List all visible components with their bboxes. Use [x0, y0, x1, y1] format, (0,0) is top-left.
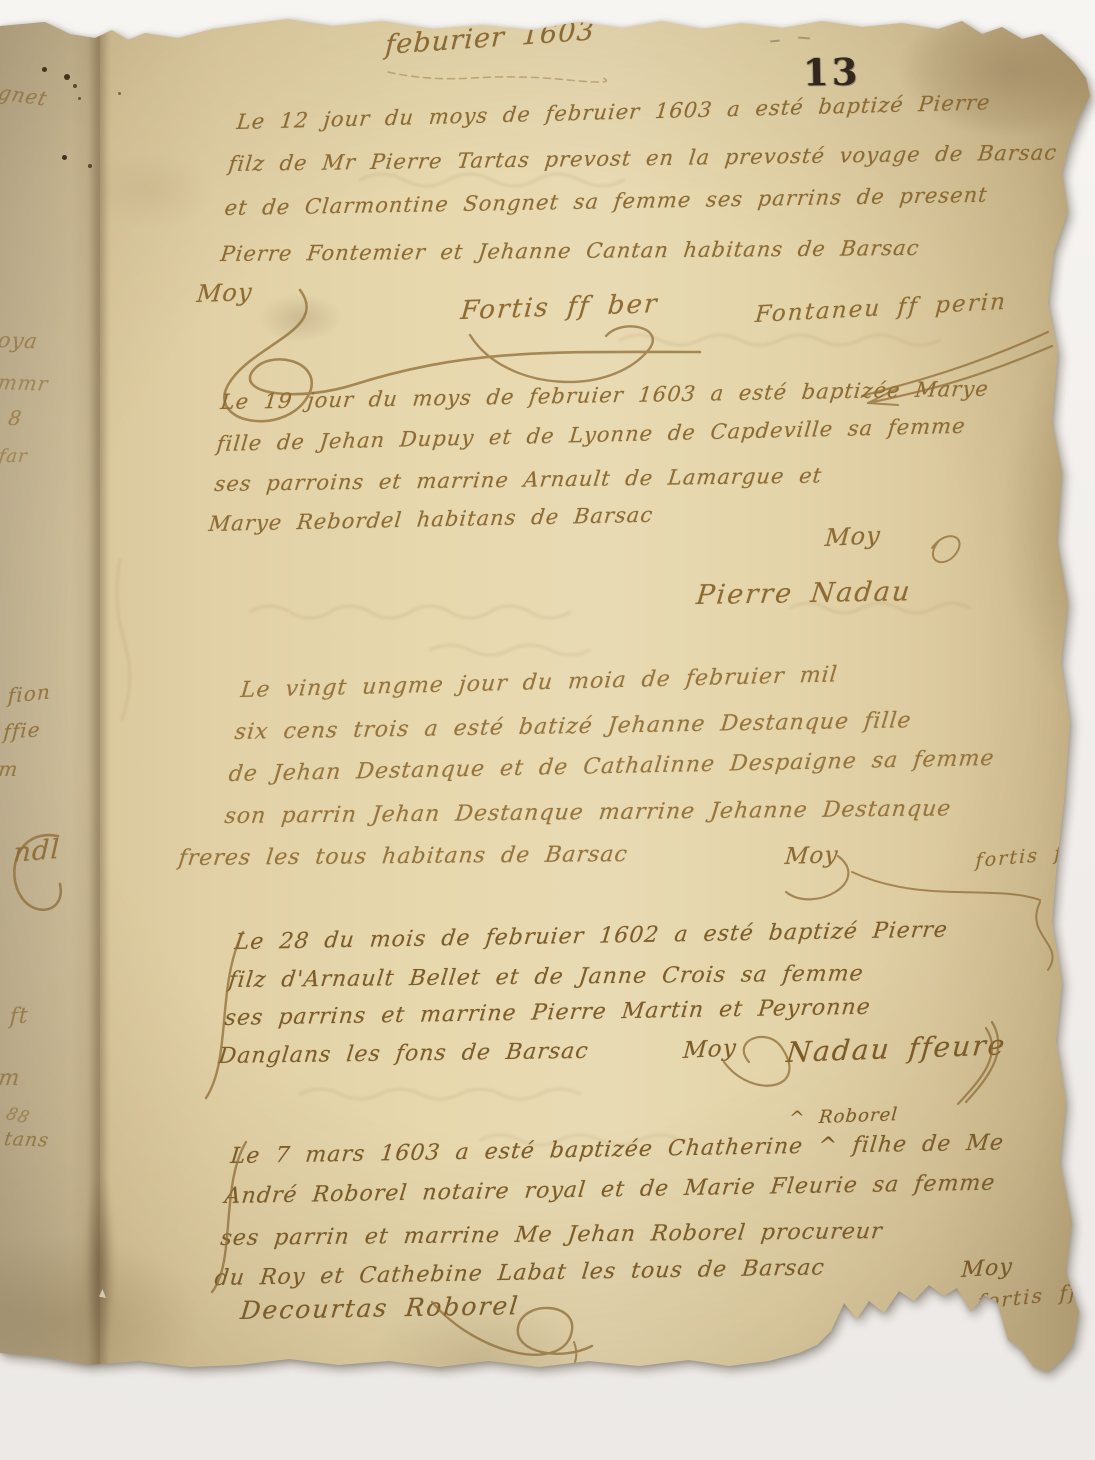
manuscript-line: Le 7 mars 1603 a esté baptizée Chatherin… [229, 1131, 1005, 1169]
manuscript-line: filz d'Arnault Bellet et de Janne Crois … [227, 961, 865, 993]
ink-speck [62, 155, 67, 160]
header-date: feburier 1603 [384, 15, 595, 60]
ink-speck [118, 92, 121, 95]
manuscript-line: filz de Mr Pierre Tartas prevost en la p… [227, 140, 1058, 176]
header-underline [388, 72, 606, 82]
margin-fragment: 8 [7, 406, 24, 430]
manuscript-line: ses parroins et marrine Arnault de Lamar… [213, 464, 823, 496]
margin-fragment: ffie [3, 717, 42, 744]
margin-fragment: far [0, 446, 29, 467]
margin-fragment: fion [8, 680, 51, 708]
manuscript-line: et de Clarmontine Songnet sa femme ses p… [223, 183, 989, 220]
manuscript-line: Pierre Fontemier et Jehanne Cantan habit… [219, 236, 921, 266]
torn-paper-page: feburier 1603 13 Le 12 jour du moys de f… [0, 0, 1095, 1460]
margin-fragment: m [0, 1066, 22, 1091]
margin-fragment: ft [9, 1003, 29, 1030]
manuscript-line: ses parrin et marrine Me Jehan Roborel p… [219, 1219, 884, 1251]
closing-moy: Moy [961, 1254, 1014, 1283]
manuscript-line: Marye Rebordel habitans de Barsac [208, 503, 655, 536]
pencil-marks [798, 37, 810, 40]
manuscript-line: freres les tous habitans de Barsac [177, 842, 629, 871]
margin-fragment: oya [0, 328, 40, 353]
ink-speck [73, 84, 77, 88]
manuscript-line: ses parrins et marrine Pierre Martin et … [223, 995, 872, 1031]
paper-shadow-wrap: feburier 1603 13 Le 12 jour du moys de f… [0, 0, 1095, 1460]
closing-moy: Moy [784, 842, 840, 870]
signature: Fortis ff ber [459, 289, 659, 326]
interline-note: ^ Roborel [788, 1104, 899, 1129]
signature: Pierre Nadau [695, 576, 913, 611]
ink-speck [88, 164, 92, 168]
ink-speck [78, 97, 81, 100]
pencil-marks [770, 39, 780, 42]
signature: Fontaneu ff perin [754, 289, 1008, 328]
margin-fragment: ndl [13, 834, 61, 869]
manuscript-line: six cens trois a esté batizé Jehanne Des… [233, 708, 912, 745]
margin-fragment: mmr [0, 370, 50, 396]
closing-moy: Moy [824, 521, 882, 552]
manuscript-line: Le 28 du mois de februier 1602 a esté ba… [233, 918, 949, 955]
signature: Decourtas Roborel [239, 1291, 521, 1325]
manuscript-line: André Roborel notaire royal et de Marie … [223, 1171, 996, 1209]
manuscript-line: Le vingt ungme jour du moia de februier … [240, 662, 839, 703]
margin-fragment: m [0, 757, 20, 781]
manuscript-line: Danglans les fons de Barsac [217, 1039, 590, 1069]
closing-moy: Moy [196, 278, 254, 308]
manuscript-photo: feburier 1603 13 Le 12 jour du moys de f… [0, 0, 1095, 1460]
manuscript-line: du Roy et Cathebine Labat les tous de Ba… [213, 1255, 826, 1291]
manuscript-line: fille de Jehan Dupuy et de Lyonne de Cap… [216, 414, 967, 456]
manuscript-line: de Jehan Destanque et de Cathalinne Desp… [227, 746, 995, 787]
ink-speck [64, 74, 70, 80]
manuscript-line: Le 19 jour du moys de februier 1603 a es… [219, 377, 990, 414]
manuscript-line: son parrin Jehan Destanque marrine Jehan… [223, 796, 953, 829]
page-number-stamp: 13 [803, 50, 861, 95]
fold-crease-stain [80, 1140, 120, 1365]
closing-moy: Moy [682, 1035, 738, 1064]
margin-fragment: tans [3, 1128, 51, 1152]
ink-speck [42, 67, 47, 72]
signature: fortis ff ber [975, 837, 1095, 872]
signature: Nadau ffeure [785, 1028, 1008, 1069]
manuscript-line: Le 12 jour du moys de februier 1603 a es… [236, 90, 992, 134]
